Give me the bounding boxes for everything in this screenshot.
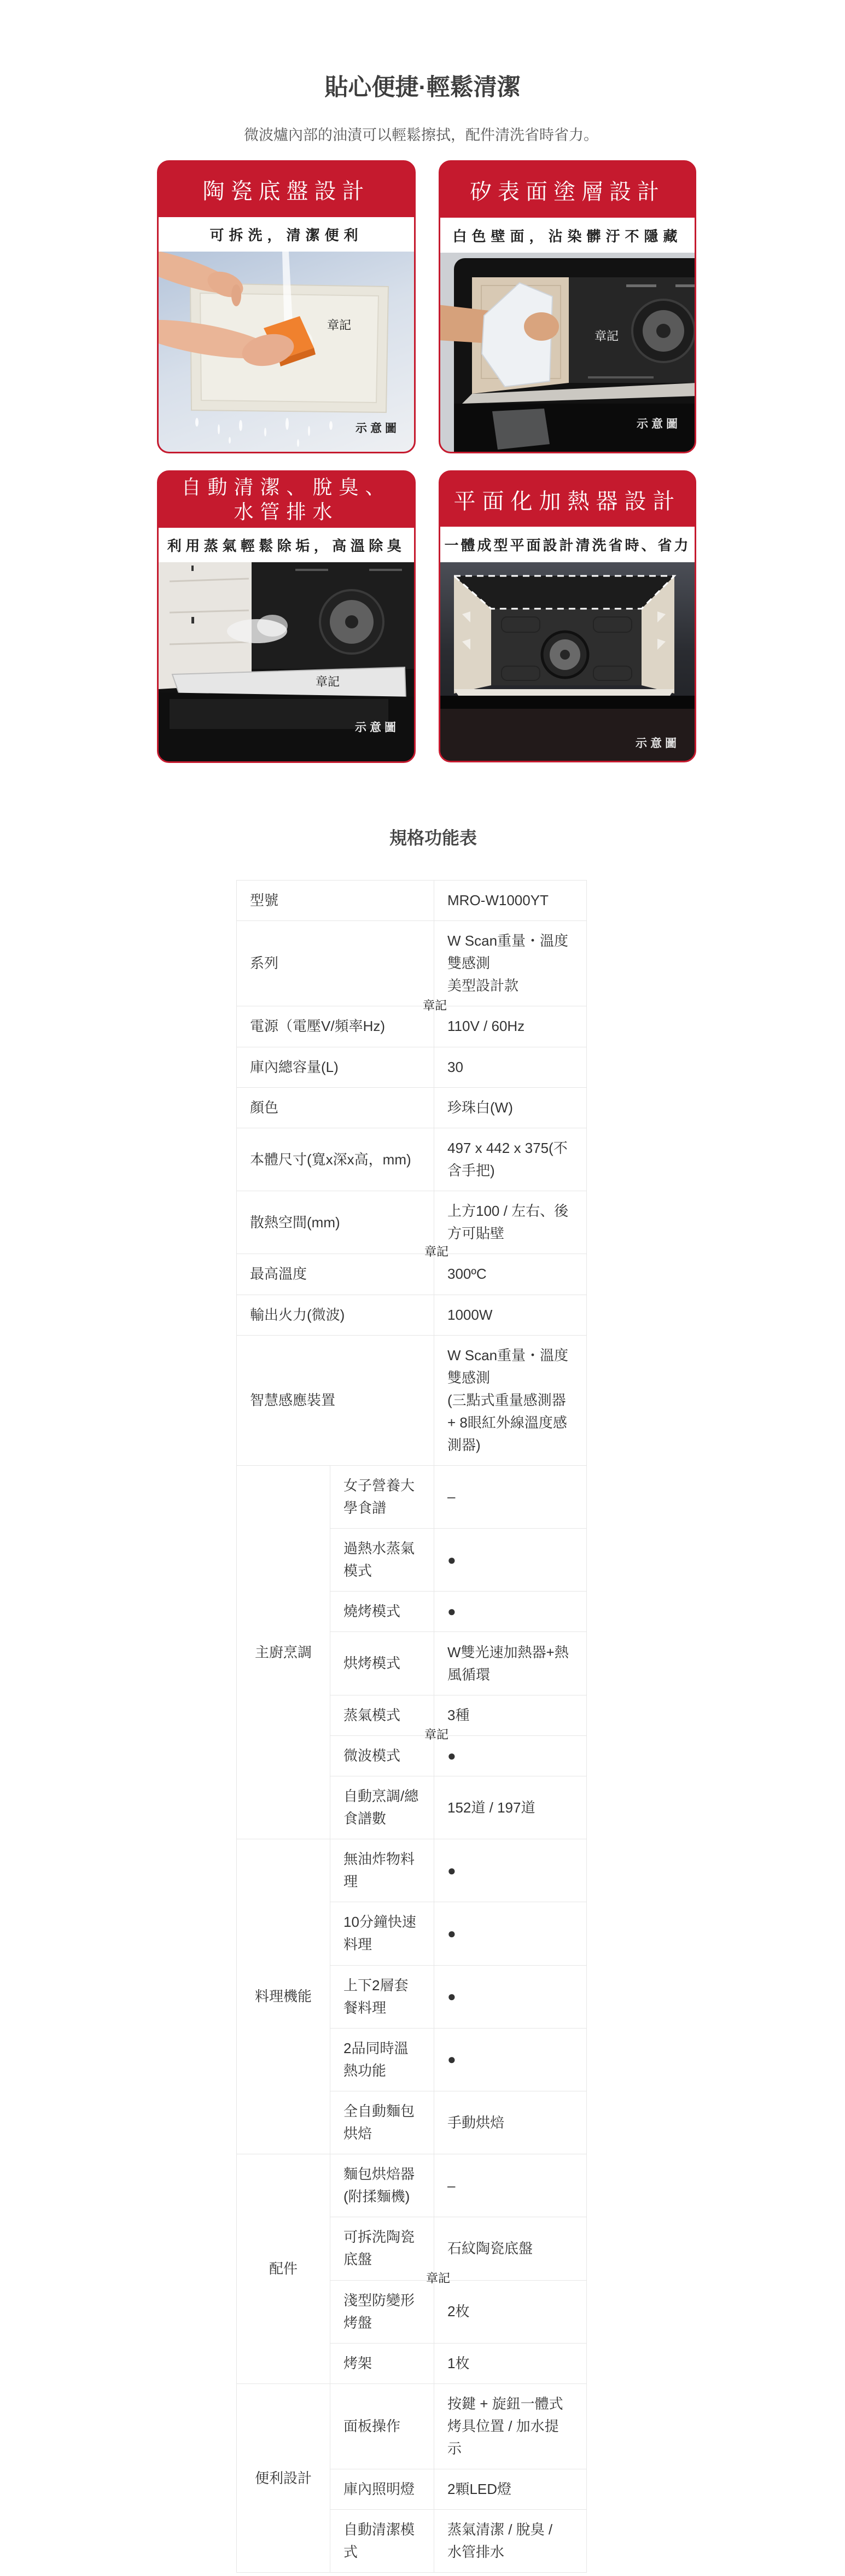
spec-label: 最高溫度 bbox=[237, 1254, 434, 1295]
spec-value: 上方100 / 左右、後 方可貼壁 bbox=[434, 1191, 587, 1254]
spec-value: 3種 bbox=[434, 1695, 587, 1735]
feature-card-caption: 可拆洗，清潔便利 bbox=[159, 217, 414, 252]
spec-group-label: 配件 bbox=[237, 2154, 330, 2384]
spec-value: W Scan重量・溫度 雙感測 美型設計款 bbox=[434, 921, 587, 1006]
spec-value: W Scan重量・溫度 雙感測 (三點式重量感測器 + 8眼紅外線溫度感 測器) bbox=[434, 1335, 587, 1465]
spec-value: ● bbox=[434, 1592, 587, 1632]
watermark-text: 章記 bbox=[424, 1246, 448, 1258]
spec-value: 1000W bbox=[434, 1295, 587, 1335]
spec-value: 手動烘焙 bbox=[434, 2091, 587, 2154]
spec-row: 料理機能無油炸物料 理● bbox=[237, 1839, 587, 1902]
section-subtitle: 微波爐內部的油漬可以輕鬆擦拭，配件清洗省時省力。 bbox=[0, 126, 842, 144]
spec-row-series: 系列W Scan重量・溫度 雙感測 美型設計款 bbox=[237, 921, 587, 1006]
spec-value: W雙光速加熱器+熱 風循環 bbox=[434, 1632, 587, 1695]
spec-row: 便利設計面板操作按鍵 + 旋鈕一體式 烤具位置 / 加水提 示 bbox=[237, 2383, 587, 2469]
spec-row-output: 輸出火力(微波)1000W bbox=[237, 1295, 587, 1335]
spec-value: 300ºC bbox=[434, 1254, 587, 1295]
spec-sublabel: 無油炸物料 理 bbox=[330, 1839, 434, 1902]
spec-sublabel: 蒸氣模式 bbox=[330, 1695, 434, 1735]
feature-card-title: 陶瓷底盤設計 bbox=[159, 162, 414, 217]
watermark-text: 章記 bbox=[595, 330, 619, 342]
spec-group-label: 料理機能 bbox=[237, 1839, 330, 2154]
spec-group-label: 便利設計 bbox=[237, 2383, 330, 2573]
illustration-note: 示意圖 bbox=[636, 737, 680, 749]
spec-row: 主廚烹調女子營養大 學食譜– bbox=[237, 1465, 587, 1528]
spec-table-title: 規格功能表 bbox=[378, 828, 488, 848]
spec-value: 按鍵 + 旋鈕一體式 烤具位置 / 加水提 示 bbox=[434, 2383, 587, 2469]
spec-sublabel: 淺型防變形 烤盤 bbox=[330, 2280, 434, 2343]
feature-card-auto-clean: 自動清潔、脫臭、 水管排水 利用蒸氣輕鬆除垢，高溫除臭 bbox=[157, 470, 416, 763]
feature-card-title: 自動清潔、脫臭、 水管排水 bbox=[159, 472, 414, 528]
section-title: 貼心便捷·輕鬆清潔 bbox=[0, 74, 845, 101]
spec-value: 152道 / 197道 bbox=[434, 1776, 587, 1839]
spec-value: – bbox=[434, 2154, 587, 2217]
spec-value: 497 x 442 x 375(不 含手把) bbox=[434, 1128, 587, 1191]
spec-row-dimensions: 本體尺寸(寬x深x高，mm)497 x 442 x 375(不 含手把) bbox=[237, 1128, 587, 1191]
spec-row-capacity: 庫內總容量(L)30 bbox=[237, 1047, 587, 1087]
feature-card-title: 矽表面塗層設計 bbox=[440, 162, 695, 218]
spec-sublabel: 烘烤模式 bbox=[330, 1632, 434, 1695]
spec-label: 庫內總容量(L) bbox=[237, 1047, 434, 1087]
spec-row-power: 電源（電壓V/頻率Hz)110V / 60Hz bbox=[237, 1006, 587, 1047]
spec-sublabel: 麵包烘焙器 (附揉麵機) bbox=[330, 2154, 434, 2217]
spec-row-max-temp: 最高溫度300ºC bbox=[237, 1254, 587, 1295]
spec-sublabel: 可拆洗陶瓷 底盤 bbox=[330, 2217, 434, 2280]
spec-value: ● bbox=[434, 2028, 587, 2091]
spec-value: ● bbox=[434, 1839, 587, 1902]
spec-label: 電源（電壓V/頻率Hz) bbox=[237, 1006, 434, 1047]
watermark-text: 章記 bbox=[424, 1729, 448, 1741]
feature-card-caption: 利用蒸氣輕鬆除垢，高溫除臭 bbox=[159, 528, 414, 562]
spec-sublabel: 面板操作 bbox=[330, 2383, 434, 2469]
watermark-text: 章記 bbox=[316, 676, 340, 688]
spec-value: – bbox=[434, 1465, 587, 1528]
product-page: 貼心便捷·輕鬆清潔 微波爐內部的油漬可以輕鬆擦拭，配件清洗省時省力。 陶瓷底盤設… bbox=[0, 0, 845, 2576]
spec-sublabel: 烤架 bbox=[330, 2343, 434, 2383]
spec-row-sensor: 智慧感應裝置W Scan重量・溫度 雙感測 (三點式重量感測器 + 8眼紅外線溫… bbox=[237, 1335, 587, 1465]
spec-sublabel: 自動烹調/總 食譜數 bbox=[330, 1776, 434, 1839]
spec-value: 1枚 bbox=[434, 2343, 587, 2383]
spec-value: 蒸氣清潔 / 脫臭 / 水管排水 bbox=[434, 2510, 587, 2573]
spec-table: 型號MRO-W1000YT 系列W Scan重量・溫度 雙感測 美型設計款 電源… bbox=[236, 880, 587, 2573]
spec-label: 系列 bbox=[237, 921, 434, 1006]
spec-value: 110V / 60Hz bbox=[434, 1006, 587, 1047]
spec-value: ● bbox=[434, 1529, 587, 1592]
feature-card-title: 平面化加熱器設計 bbox=[440, 472, 695, 527]
illustration-note: 示意圖 bbox=[355, 721, 399, 733]
spec-row-model: 型號MRO-W1000YT bbox=[237, 881, 587, 921]
spec-sublabel: 10分鐘快速 料理 bbox=[330, 1902, 434, 1965]
spec-label: 顏色 bbox=[237, 1087, 434, 1128]
spec-value: 30 bbox=[434, 1047, 587, 1087]
spec-sublabel: 微波模式 bbox=[330, 1735, 434, 1776]
illustration-note: 示意圖 bbox=[356, 422, 400, 434]
spec-label: 型號 bbox=[237, 881, 434, 921]
spec-value: ● bbox=[434, 1902, 587, 1965]
spec-value: ● bbox=[434, 1965, 587, 2028]
spec-value: 2顆LED燈 bbox=[434, 2469, 587, 2510]
spec-value: 2枚 bbox=[434, 2280, 587, 2343]
spec-sublabel: 上下2層套 餐料理 bbox=[330, 1965, 434, 2028]
spec-sublabel: 女子營養大 學食譜 bbox=[330, 1465, 434, 1528]
spec-row-clearance: 散熱空間(mm)上方100 / 左右、後 方可貼壁 bbox=[237, 1191, 587, 1254]
spec-value: ● bbox=[434, 1735, 587, 1776]
spec-label: 本體尺寸(寬x深x高，mm) bbox=[237, 1128, 434, 1191]
flat-heater-photo bbox=[440, 562, 695, 761]
spec-value: MRO-W1000YT bbox=[434, 881, 587, 921]
feature-card-silicon-coating: 矽表面塗層設計 白色壁面，沾染髒汙不隱藏 示意圖 bbox=[439, 160, 696, 453]
spec-sublabel: 自動清潔模 式 bbox=[330, 2510, 434, 2573]
feature-card-flat-heater: 平面化加熱器設計 一體成型平面設計清洗省時、省力 bbox=[439, 470, 696, 762]
spec-sublabel: 2品同時溫 熱功能 bbox=[330, 2028, 434, 2091]
spec-value: 珍珠白(W) bbox=[434, 1087, 587, 1128]
watermark-text: 章記 bbox=[423, 1000, 447, 1012]
spec-label: 輸出火力(微波) bbox=[237, 1295, 434, 1335]
watermark-text: 章記 bbox=[426, 2272, 450, 2284]
spec-sublabel: 燒烤模式 bbox=[330, 1592, 434, 1632]
spec-value: 石紋陶瓷底盤 bbox=[434, 2217, 587, 2280]
spec-sublabel: 過熱水蒸氣 模式 bbox=[330, 1529, 434, 1592]
spec-group-label: 主廚烹調 bbox=[237, 1465, 330, 1839]
spec-sublabel: 全自動麵包 烘焙 bbox=[330, 2091, 434, 2154]
feature-card-ceramic-tray: 陶瓷底盤設計 可拆洗，清潔便利 bbox=[157, 160, 416, 453]
feature-card-caption: 白色壁面，沾染髒汙不隱藏 bbox=[440, 218, 695, 253]
flat-heater-illustration bbox=[440, 562, 695, 761]
spec-row: 配件麵包烘焙器 (附揉麵機)– bbox=[237, 2154, 587, 2217]
spec-label: 散熱空間(mm) bbox=[237, 1191, 434, 1254]
illustration-note: 示意圖 bbox=[637, 418, 681, 430]
feature-card-caption: 一體成型平面設計清洗省時、省力 bbox=[440, 527, 695, 562]
watermark-text: 章記 bbox=[327, 319, 351, 331]
spec-label: 智慧感應裝置 bbox=[237, 1335, 434, 1465]
spec-row-color: 顏色珍珠白(W) bbox=[237, 1087, 587, 1128]
spec-sublabel: 庫內照明燈 bbox=[330, 2469, 434, 2510]
